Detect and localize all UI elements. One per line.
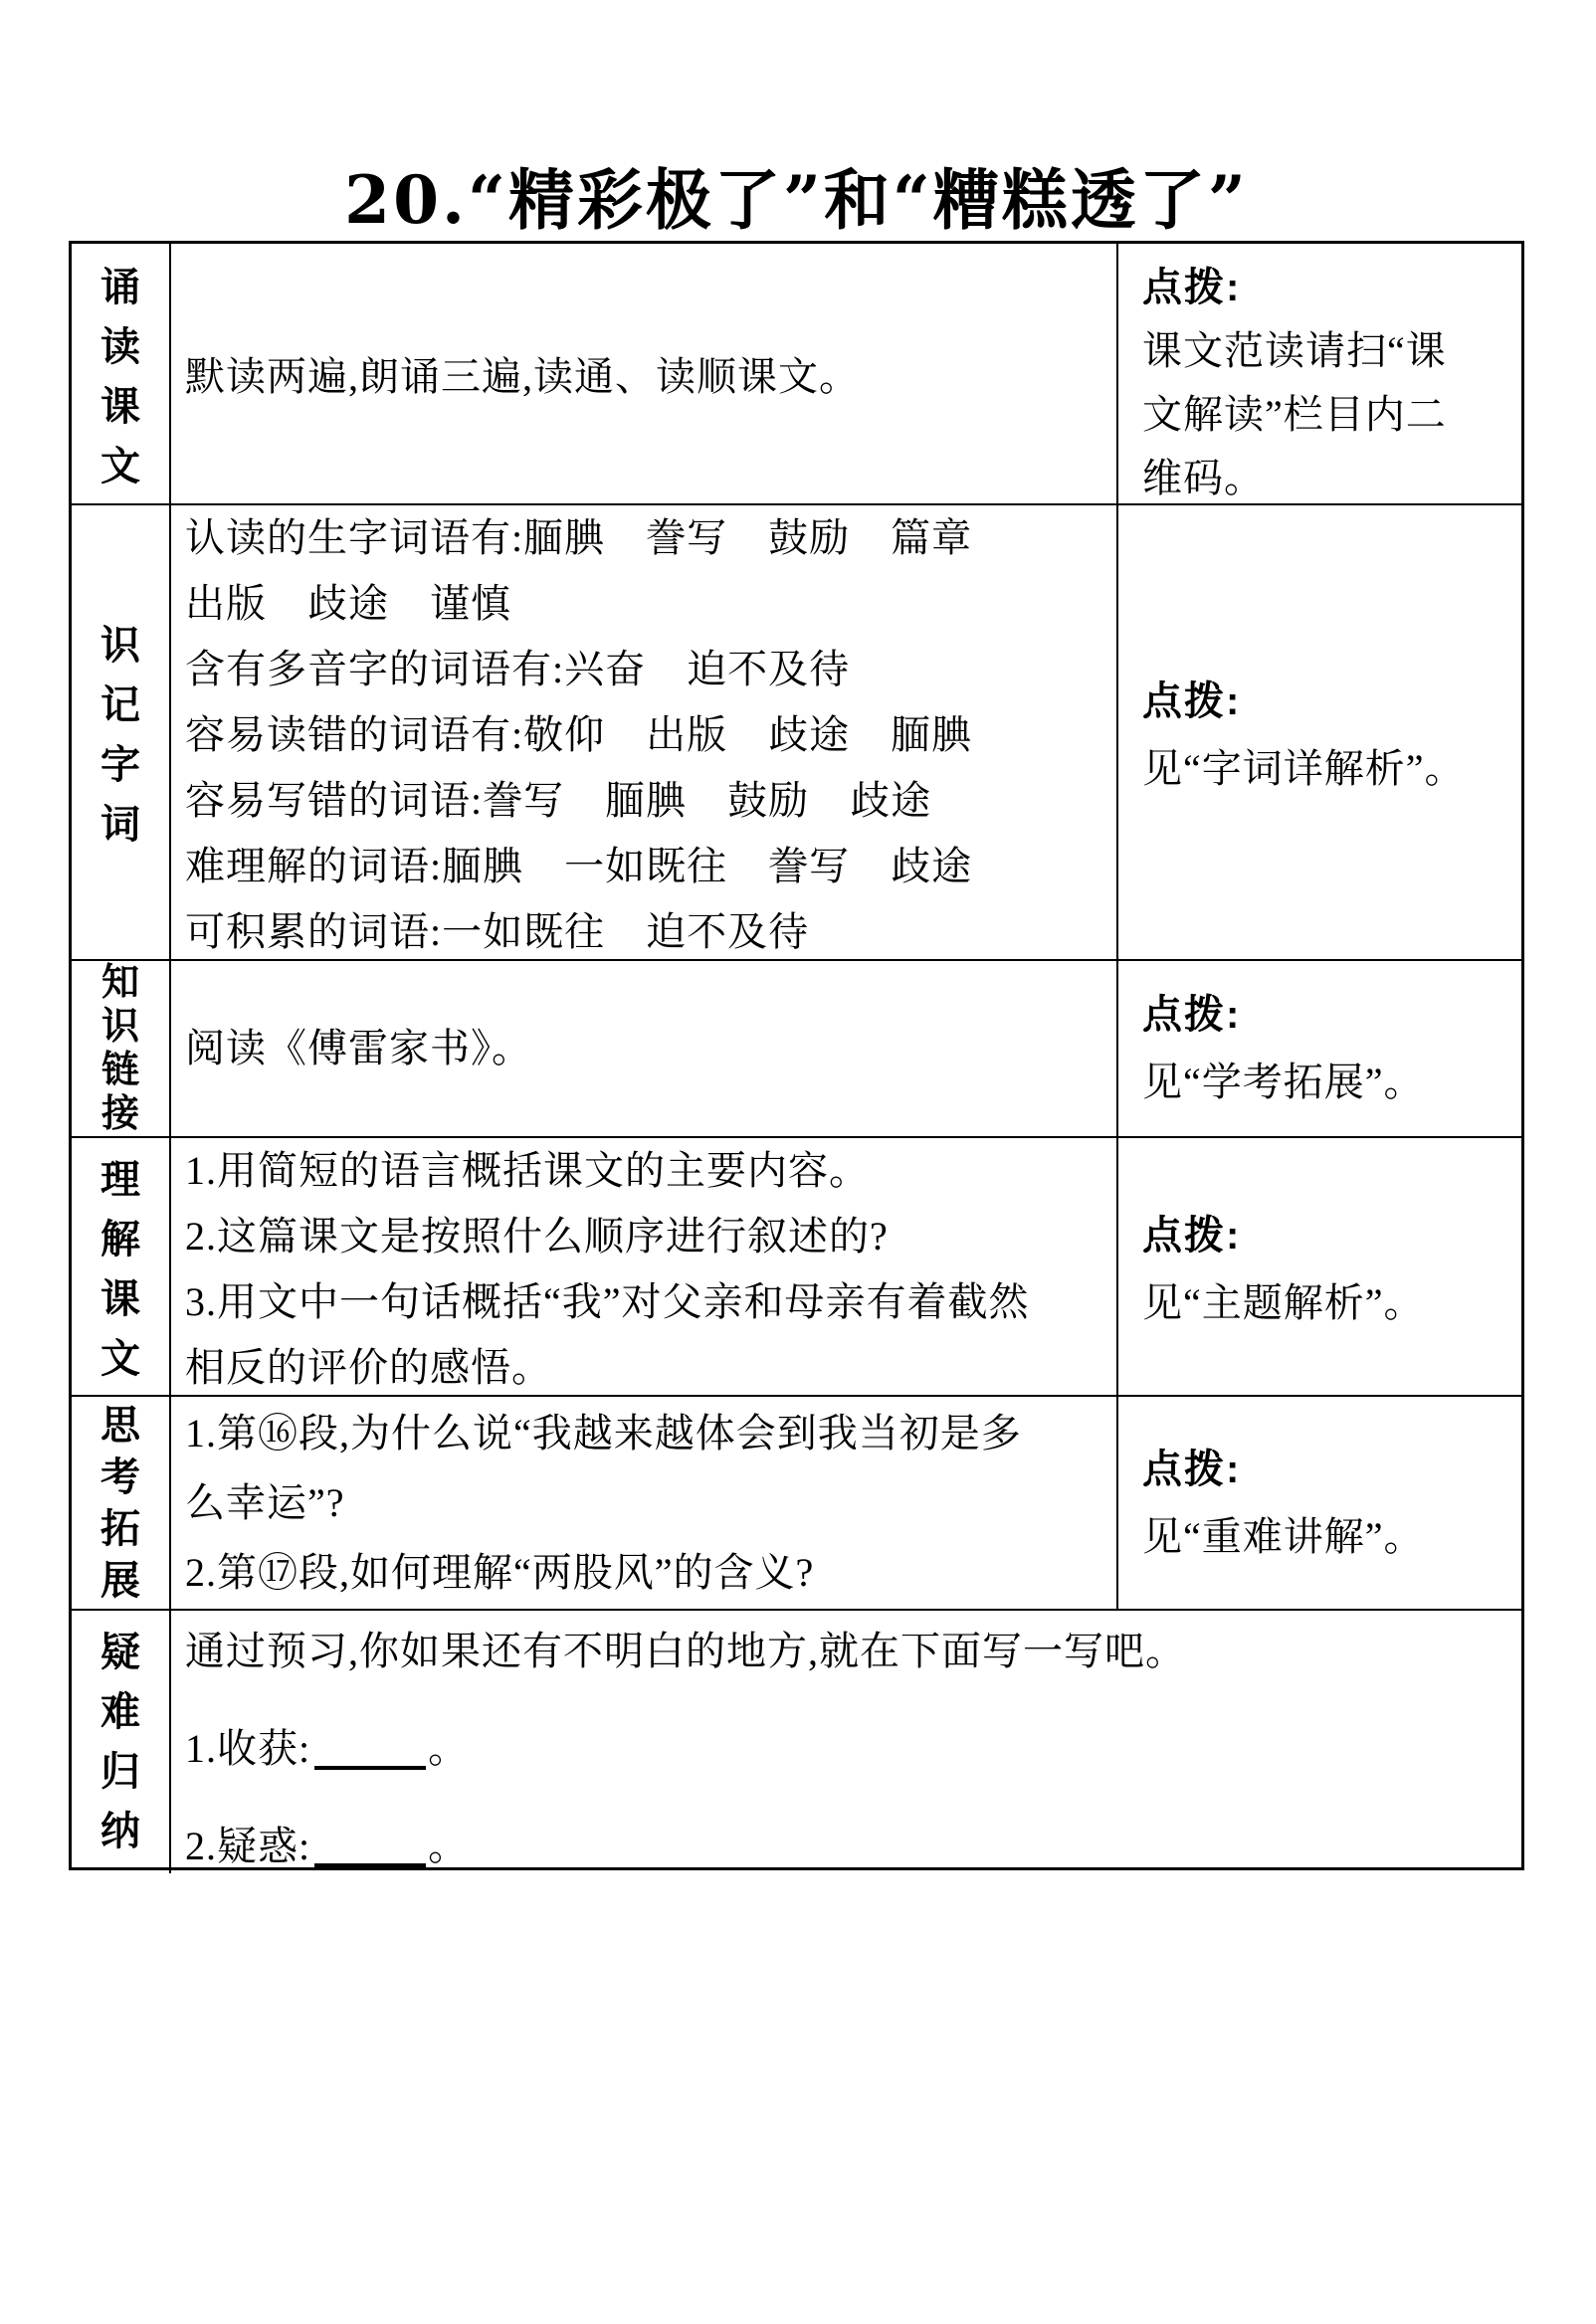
table-row-comprehend-text: 理解课文 1.用简短的语言概括课文的主要内容。 2.这篇课文是按照什么顺序进行叙… xyxy=(72,1136,1521,1395)
fill-in-suffix: 。 xyxy=(428,1824,469,1868)
content-line: 2.这篇课文是按照什么顺序进行叙述的? xyxy=(185,1204,1057,1269)
row-content-cell: 1.第⑯段,为什么说“我越来越体会到我当初是多么幸运”? 2.第⑰段,如何理解“… xyxy=(171,1397,1116,1609)
content-line: 阅读《傅雷家书》。 xyxy=(185,1016,1057,1081)
row-header-cell: 疑难归纳 xyxy=(72,1611,171,1873)
row-header-label: 知识链接 xyxy=(99,961,142,1136)
fill-in-line-doubt: 2.疑惑:。 xyxy=(185,1820,1501,1873)
row-header-cell: 知识链接 xyxy=(72,961,171,1136)
table-row-read-aloud: 诵读课文 默读两遍,朗诵三遍,读通、读顺课文。 点拨: 课文范读请扫“课文解读”… xyxy=(72,244,1521,503)
row-header-label: 诵读课文 xyxy=(98,258,143,496)
row-header-label: 疑难归纳 xyxy=(98,1623,143,1861)
tip-label: 点拨: xyxy=(1142,668,1478,735)
blank-underline xyxy=(314,1732,426,1770)
table-row-knowledge-link: 知识链接 阅读《傅雷家书》。 点拨: 见“学考拓展”。 xyxy=(72,959,1521,1136)
content-intro-line: 通过预习,你如果还有不明白的地方,就在下面写一写吧。 xyxy=(185,1625,1501,1678)
content-line: 容易读错的词语有:敬仰 出版 歧途 腼腆 xyxy=(185,702,1057,768)
tip-label: 点拨: xyxy=(1142,981,1478,1049)
tip-cell: 点拨: 见“字词详解析”。 xyxy=(1116,505,1521,965)
tip-text: 见“字词详解析”。 xyxy=(1142,735,1478,803)
row-content-cell: 阅读《傅雷家书》。 xyxy=(171,961,1116,1136)
row-header-label: 识记字词 xyxy=(98,616,143,855)
content-line: 含有多音字的词语有:兴奋 迫不及待 xyxy=(185,637,1057,702)
tip-cell: 点拨: 见“重难讲解”。 xyxy=(1116,1397,1521,1609)
tip-label: 点拨: xyxy=(1142,256,1478,319)
fill-in-label: 1.收获: xyxy=(185,1726,310,1771)
row-content-cell: 通过预习,你如果还有不明白的地方,就在下面写一写吧。 1.收获:。 2.疑惑:。 xyxy=(171,1611,1521,1873)
content-line: 3.用文中一句话概括“我”对父亲和母亲有着截然相反的评价的感悟。 xyxy=(185,1269,1057,1401)
preview-study-table: 诵读课文 默读两遍,朗诵三遍,读通、读顺课文。 点拨: 课文范读请扫“课文解读”… xyxy=(69,241,1524,1870)
table-row-learn-words: 识记字词 认读的生字词语有:腼腆 誊写 鼓励 篇章 出版 歧途 谨慎 含有多音字… xyxy=(72,503,1521,959)
blank-underline xyxy=(314,1830,426,1867)
tip-text: 见“主题解析”。 xyxy=(1142,1269,1478,1337)
content-line: 难理解的词语:腼腆 一如既往 誊写 歧途 xyxy=(185,834,1057,899)
row-header-cell: 诵读课文 xyxy=(72,244,171,510)
row-header-label: 思考拓展 xyxy=(98,1400,143,1607)
tip-cell: 点拨: 见“主题解析”。 xyxy=(1116,1138,1521,1401)
tip-text: 见“学考拓展”。 xyxy=(1142,1049,1478,1116)
row-header-cell: 思考拓展 xyxy=(72,1397,171,1609)
tip-text: 见“重难讲解”。 xyxy=(1142,1503,1478,1571)
row-header-cell: 识记字词 xyxy=(72,505,171,965)
tip-label: 点拨: xyxy=(1142,1202,1478,1269)
content-line: 1.用简短的语言概括课文的主要内容。 xyxy=(185,1138,1057,1204)
row-content-cell: 认读的生字词语有:腼腆 誊写 鼓励 篇章 出版 歧途 谨慎 含有多音字的词语有:… xyxy=(171,505,1116,965)
content-line: 2.第⑰段,如何理解“两股风”的含义? xyxy=(185,1538,1057,1608)
tip-cell: 点拨: 课文范读请扫“课文解读”栏目内二维码。 xyxy=(1116,244,1521,510)
fill-in-label: 2.疑惑: xyxy=(185,1824,310,1868)
row-header-cell: 理解课文 xyxy=(72,1138,171,1401)
row-header-label: 理解课文 xyxy=(98,1150,143,1389)
content-line: 出版 歧途 谨慎 xyxy=(185,571,1057,637)
table-row-questions-summary: 疑难归纳 通过预习,你如果还有不明白的地方,就在下面写一写吧。 1.收获:。 2… xyxy=(72,1609,1521,1867)
content-line: 容易写错的词语:誊写 腼腆 鼓励 歧途 xyxy=(185,768,1057,834)
tip-text: 课文范读请扫“课文解读”栏目内二维码。 xyxy=(1142,319,1478,510)
content-line: 认读的生字词语有:腼腆 誊写 鼓励 篇章 xyxy=(185,505,1057,571)
tip-cell: 点拨: 见“学考拓展”。 xyxy=(1116,961,1521,1136)
fill-in-line-gain: 1.收获:。 xyxy=(185,1722,1501,1776)
fill-in-suffix: 。 xyxy=(428,1726,469,1771)
content-line: 默读两遍,朗诵三遍,读通、读顺课文。 xyxy=(185,344,1057,410)
worksheet-page: { "title": "20.“精彩极了”和“糟糕透了”", "tips_lab… xyxy=(0,0,1596,2324)
tip-label: 点拨: xyxy=(1142,1436,1478,1503)
content-line: 可积累的词语:一如既往 迫不及待 xyxy=(185,899,1057,965)
row-content-cell: 默读两遍,朗诵三遍,读通、读顺课文。 xyxy=(171,244,1116,510)
table-row-think-extend: 思考拓展 1.第⑯段,为什么说“我越来越体会到我当初是多么幸运”? 2.第⑰段,… xyxy=(72,1395,1521,1609)
row-content-cell: 1.用简短的语言概括课文的主要内容。 2.这篇课文是按照什么顺序进行叙述的? 3… xyxy=(171,1138,1116,1401)
page-title: 20.“精彩极了”和“糟糕透了” xyxy=(69,147,1524,242)
content-line: 1.第⑯段,为什么说“我越来越体会到我当初是多么幸运”? xyxy=(185,1399,1057,1538)
